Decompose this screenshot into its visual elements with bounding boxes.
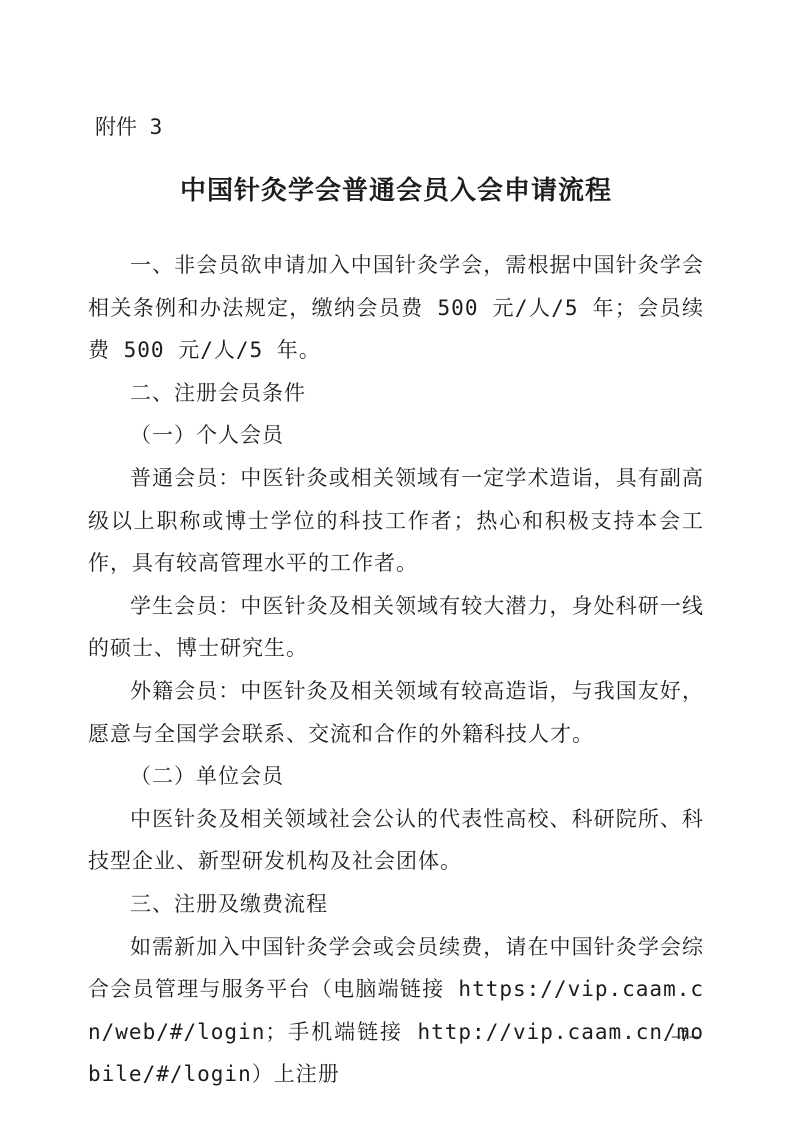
document-title: 中国针灸学会普通会员入会申请流程: [88, 173, 704, 209]
paragraph-membership-fee: 一、非会员欲申请加入中国针灸学会，需根据中国针灸学会相关条例和办法规定，缴纳会员…: [88, 244, 704, 372]
paragraph-unit-member-heading: （二）单位会员: [88, 755, 704, 798]
paragraph-foreign-member: 外籍会员：中医针灸及相关领域有较高造诣，与我国友好，愿意与全国学会联系、交流和合…: [88, 670, 704, 755]
document-body: 一、非会员欲申请加入中国针灸学会，需根据中国针灸学会相关条例和办法规定，缴纳会员…: [88, 244, 704, 1096]
paragraph-section-3-heading: 三、注册及缴费流程: [88, 883, 704, 926]
page-number: —7—: [672, 1027, 698, 1047]
paragraph-ordinary-member: 普通会员：中医针灸或相关领域有一定学术造诣，具有副高级以上职称或博士学位的科技工…: [88, 457, 704, 585]
paragraph-registration-platform: 如需新加入中国针灸学会或会员续费，请在中国针灸学会综合会员管理与服务平台（电脑端…: [88, 926, 704, 1096]
paragraph-section-2-heading: 二、注册会员条件: [88, 372, 704, 415]
attachment-label: 附件 3: [95, 113, 162, 141]
paragraph-unit-member: 中医针灸及相关领域社会公认的代表性高校、科研院所、科技型企业、新型研发机构及社会…: [88, 798, 704, 883]
paragraph-student-member: 学生会员：中医针灸及相关领域有较大潜力，身处科研一线的硕士、博士研究生。: [88, 585, 704, 670]
paragraph-individual-member-heading: （一）个人会员: [88, 414, 704, 457]
document-page: 附件 3 中国针灸学会普通会员入会申请流程 一、非会员欲申请加入中国针灸学会，需…: [0, 0, 800, 1131]
